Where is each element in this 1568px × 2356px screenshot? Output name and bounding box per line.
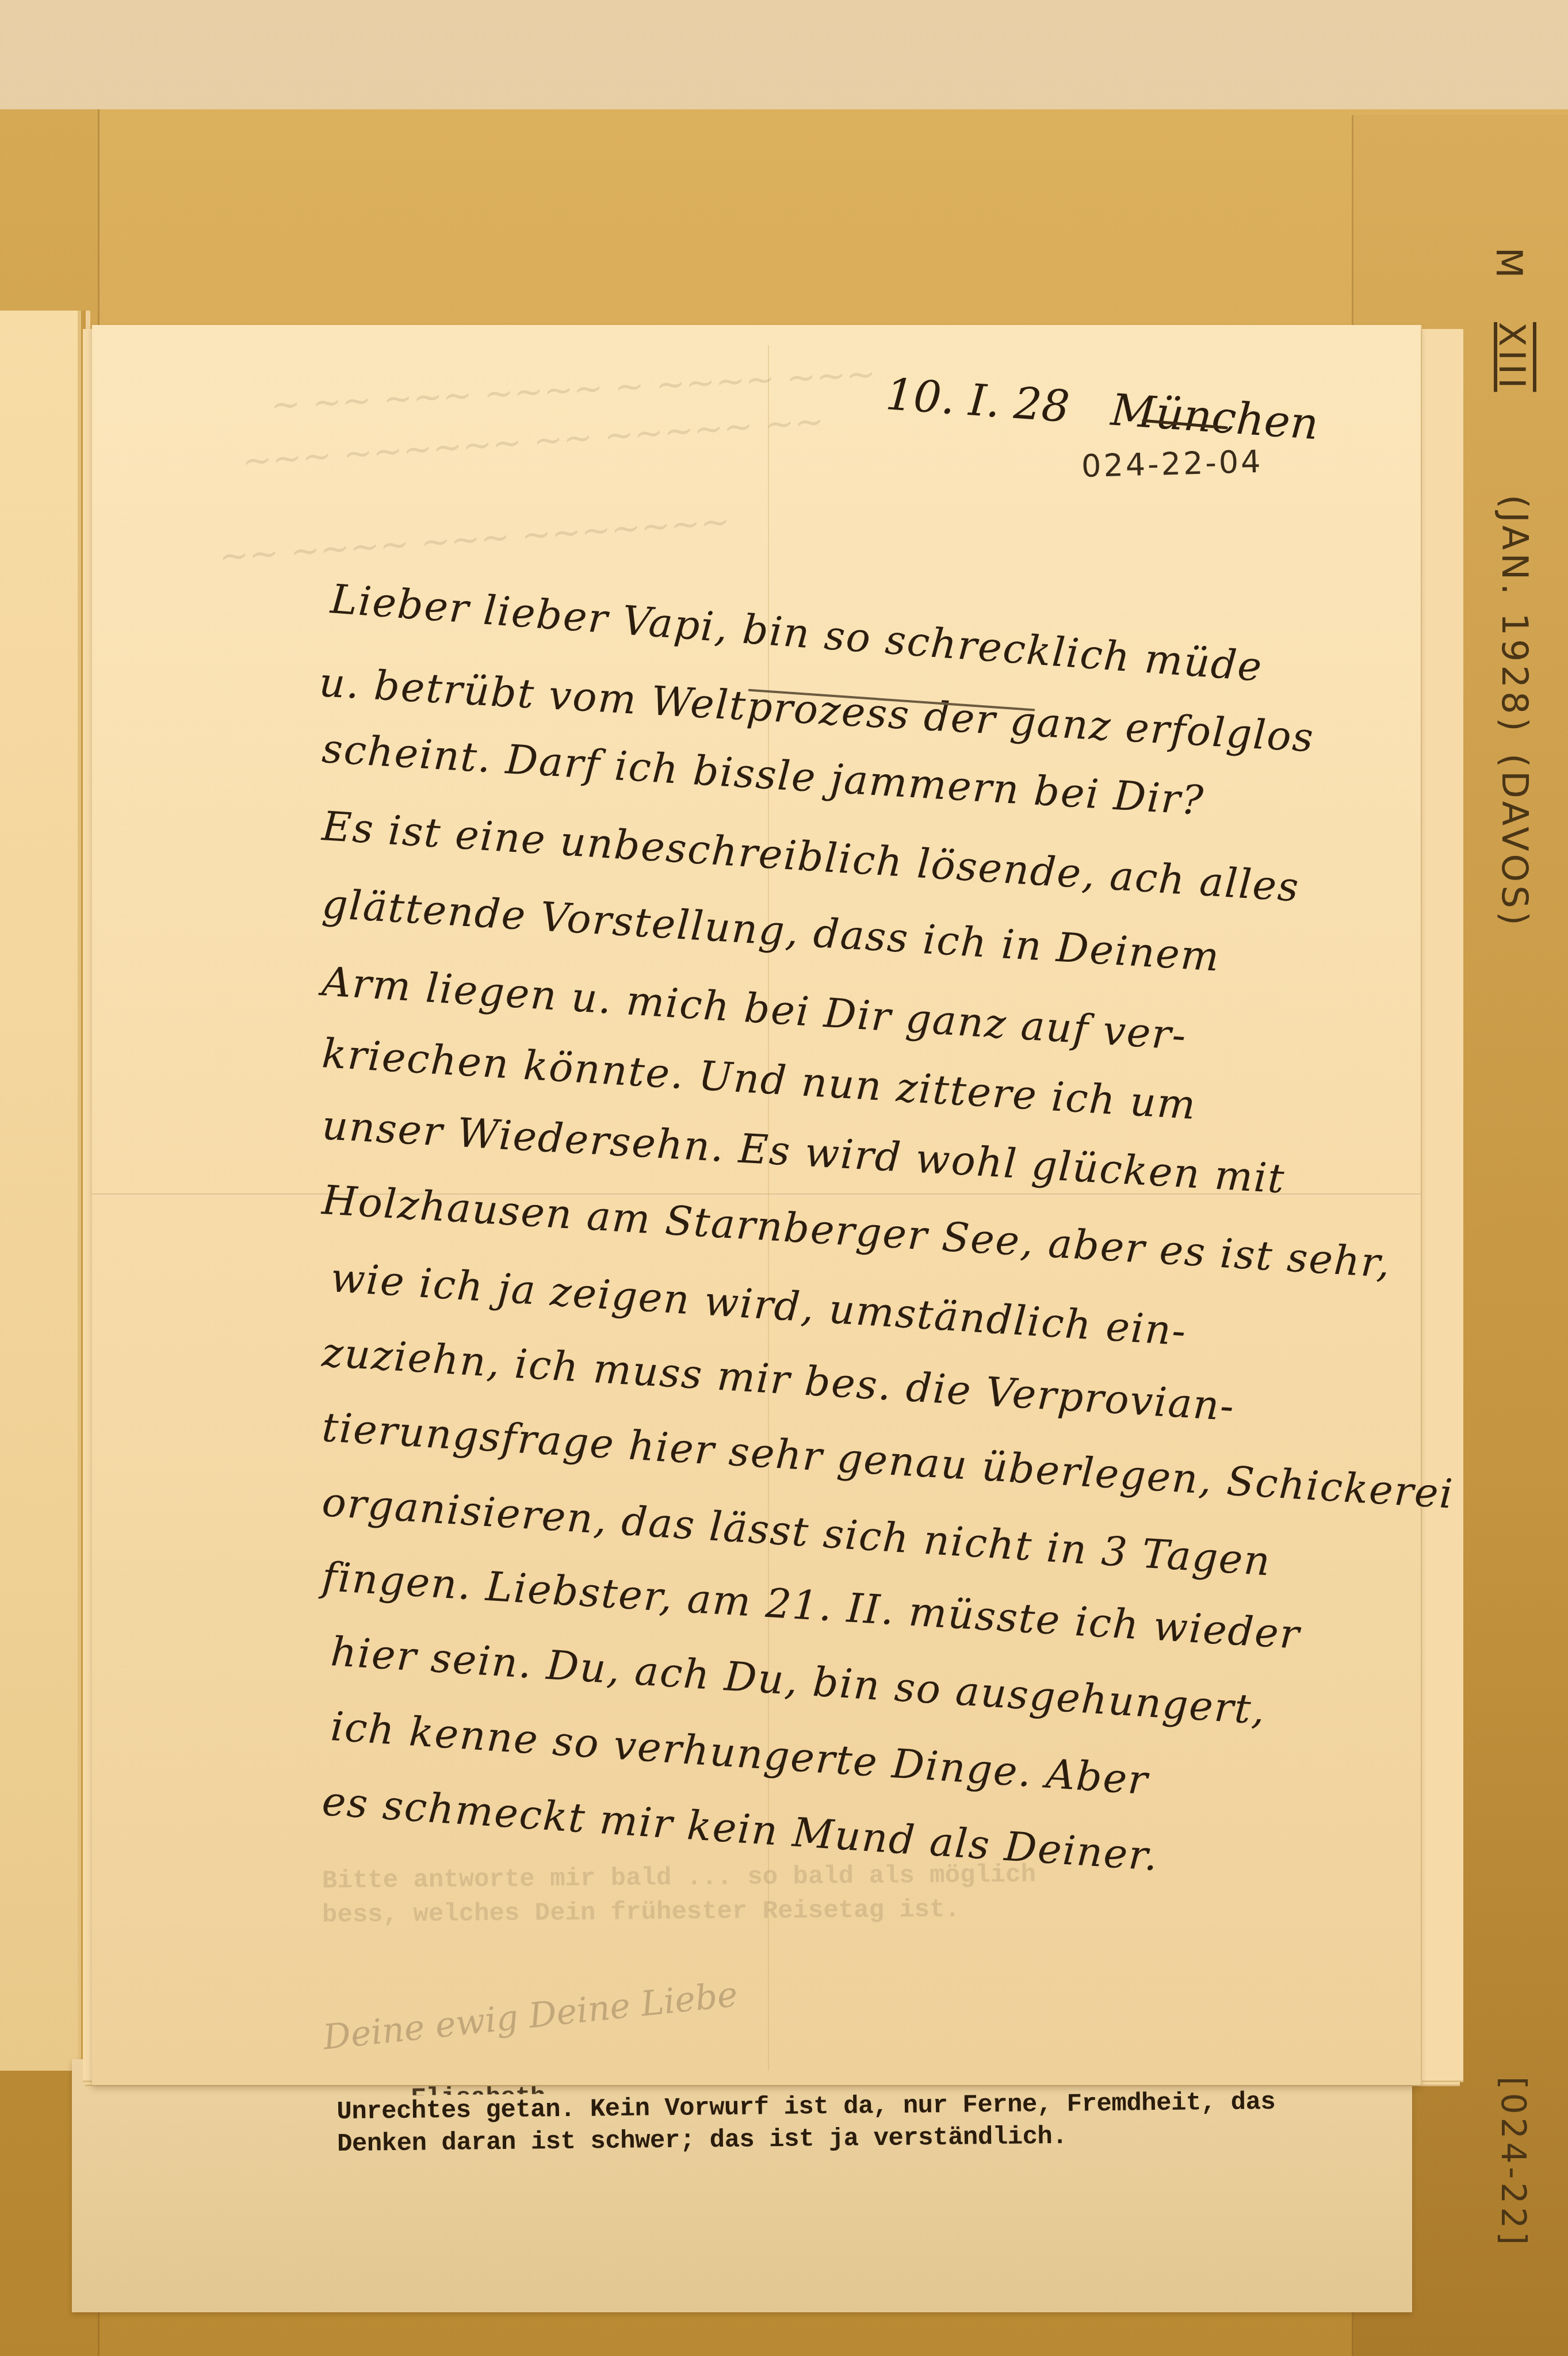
folder-series-label: M [1488, 247, 1530, 282]
folder-date-note: (JAN. 1928) [1494, 495, 1536, 735]
folder-reference-label: [024-22] [1494, 2076, 1533, 2248]
folder-location-note: (DAVOS) [1494, 754, 1536, 929]
adjacent-sheets-stack [0, 311, 78, 2071]
bleed-through-typed-text: bess, welches Dein frühester Reisetag is… [322, 1895, 960, 1930]
archive-reference-number: 024-22-04 [1081, 443, 1263, 484]
typed-transcription-text: Elisabeth Unrechtes getan. Kein Vorwurf … [336, 2076, 1372, 2160]
folder-volume-label: XIII [1491, 322, 1533, 392]
